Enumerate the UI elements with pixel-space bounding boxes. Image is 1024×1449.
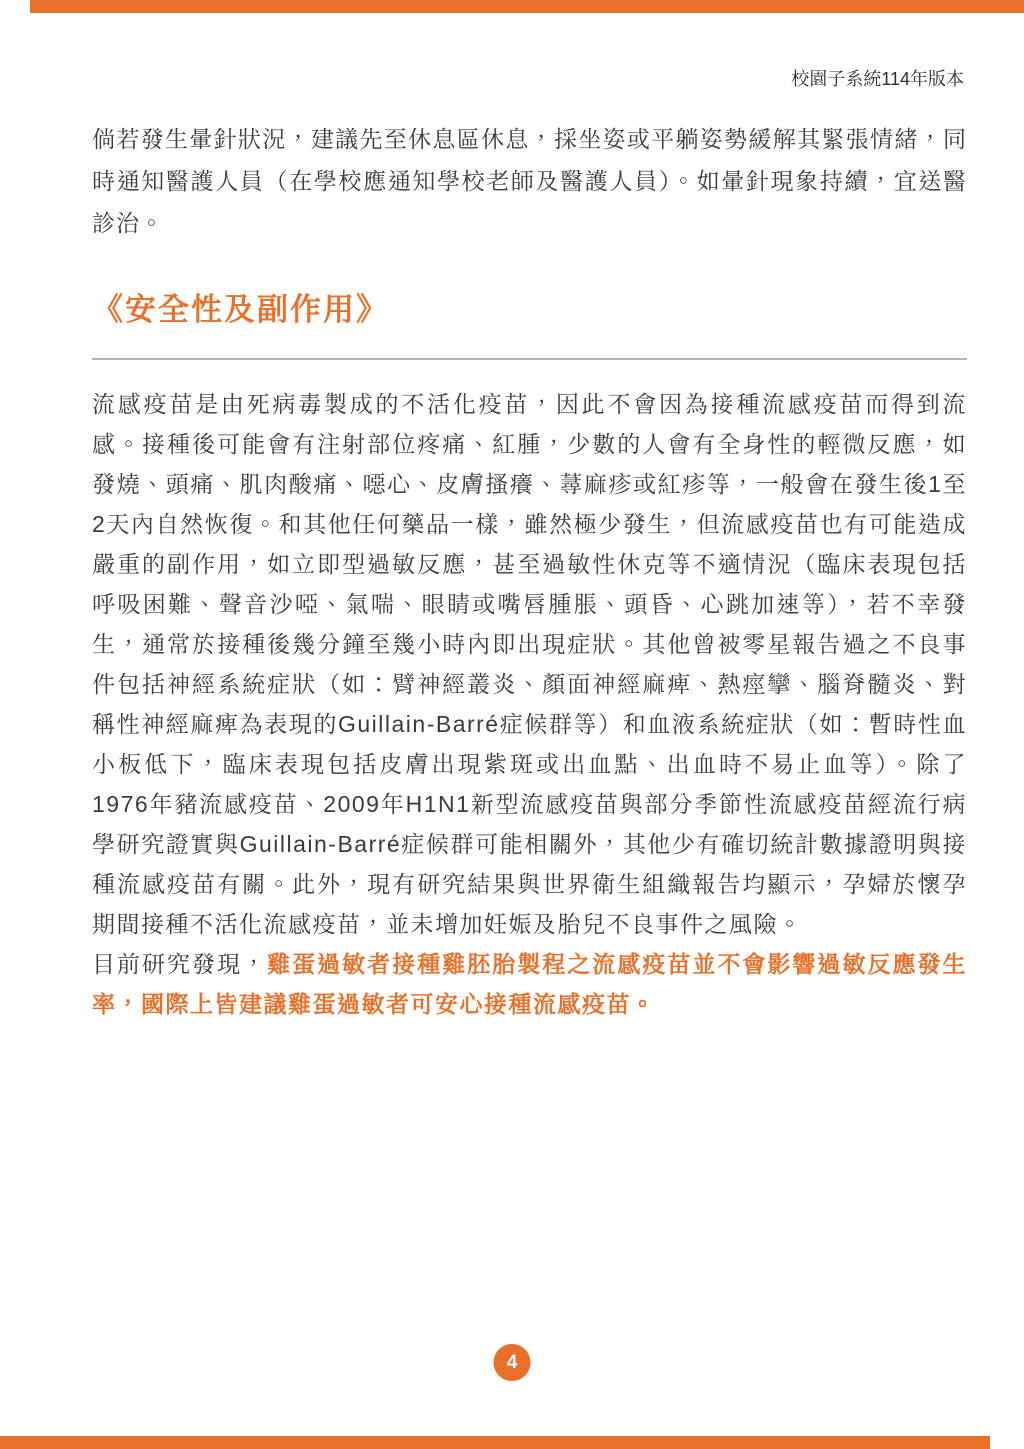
page-header: 校園子系統114年版本 bbox=[0, 0, 1024, 90]
section-divider bbox=[92, 358, 967, 360]
research-paragraph: 目前研究發現，雞蛋過敏者接種雞胚胎製程之流感疫苗並不會影響過敏反應發生率，國際上… bbox=[92, 944, 967, 1024]
header-version-label: 校園子系統114年版本 bbox=[791, 69, 964, 89]
page-number: 4 bbox=[507, 1352, 518, 1374]
section-body-paragraph: 流感疫苗是由死病毒製成的不活化疫苗，因此不會因為接種流感疫苗而得到流感。接種後可… bbox=[92, 384, 967, 944]
top-accent-bar bbox=[30, 0, 1024, 13]
bottom-accent-bar bbox=[0, 1436, 990, 1449]
document-page: 校園子系統114年版本 倘若發生暈針狀況，建議先至休息區休息，採坐姿或平躺姿勢緩… bbox=[0, 0, 1024, 1449]
section-title: 《安全性及副作用》 bbox=[92, 290, 967, 330]
page-number-badge: 4 bbox=[494, 1344, 531, 1381]
research-prefix: 目前研究發現， bbox=[92, 951, 267, 977]
page-content: 倘若發生暈針狀況，建議先至休息區休息，採坐姿或平躺姿勢緩解其緊張情緒，同時通知醫… bbox=[0, 118, 1024, 1024]
intro-paragraph: 倘若發生暈針狀況，建議先至休息區休息，採坐姿或平躺姿勢緩解其緊張情緒，同時通知醫… bbox=[92, 118, 967, 244]
